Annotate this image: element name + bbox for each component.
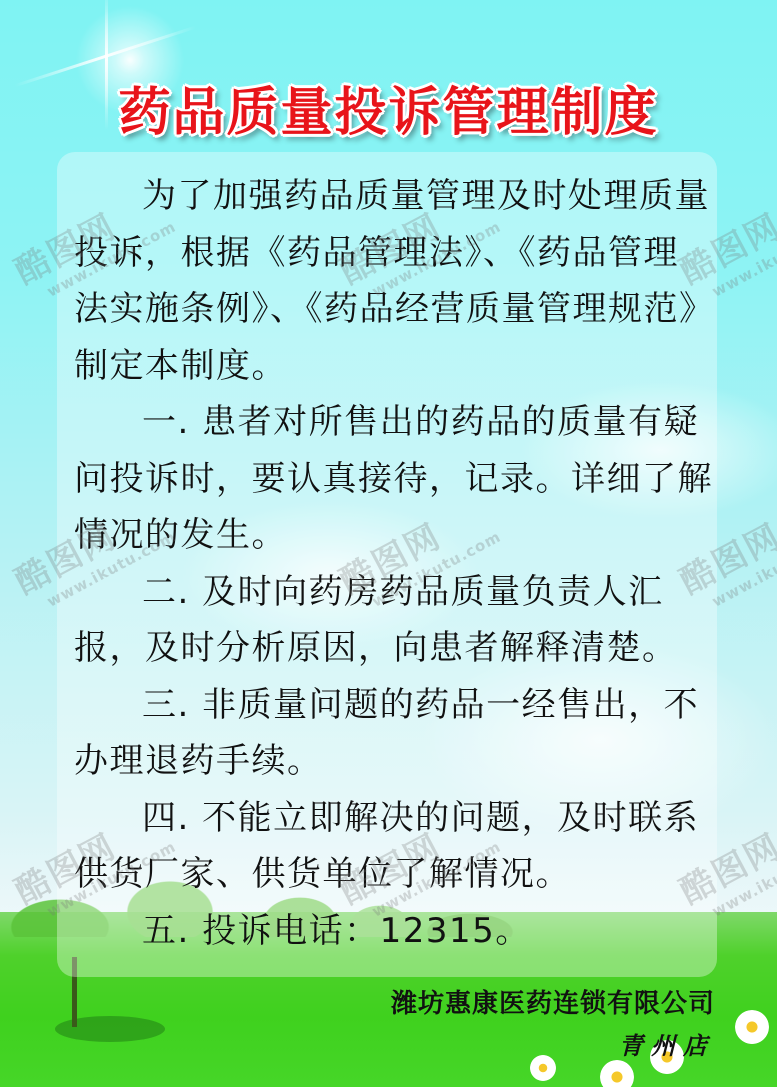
daisy-flower	[600, 1060, 634, 1087]
daisy-flower	[735, 1010, 769, 1044]
rule-item-4: 四. 不能立即解决的问题，及时联系供货厂家、供货单位了解情况。	[74, 790, 714, 903]
regulation-body: 为了加强药品质量管理及时处理质量投诉，根据《药品管理法》、《药品管理法实施条例》…	[74, 168, 714, 959]
watermark-url: www.ikutu.com	[709, 217, 777, 300]
watermark-url: www.ikutu.com	[709, 527, 777, 610]
intro-paragraph: 为了加强药品质量管理及时处理质量投诉，根据《药品管理法》、《药品管理法实施条例》…	[74, 168, 714, 394]
company-name: 潍坊惠康医药连锁有限公司	[391, 986, 715, 1022]
rule-item-1: 一. 患者对所售出的药品的质量有疑问投诉时，要认真接待，记录。详细了解情况的发生…	[74, 394, 714, 564]
rule-item-5-phone: 五. 投诉电话：12315。	[74, 903, 714, 960]
poster-title: 药品质量投诉管理制度	[0, 70, 777, 145]
daisy-flower	[530, 1055, 556, 1081]
rule-item-2: 二. 及时向药房药品质量负责人汇报，及时分析原因，向患者解释清楚。	[74, 564, 714, 677]
rule-item-3: 三. 非质量问题的药品一经售出，不办理退药手续。	[74, 677, 714, 790]
branch-name: 青州店	[619, 1026, 715, 1061]
